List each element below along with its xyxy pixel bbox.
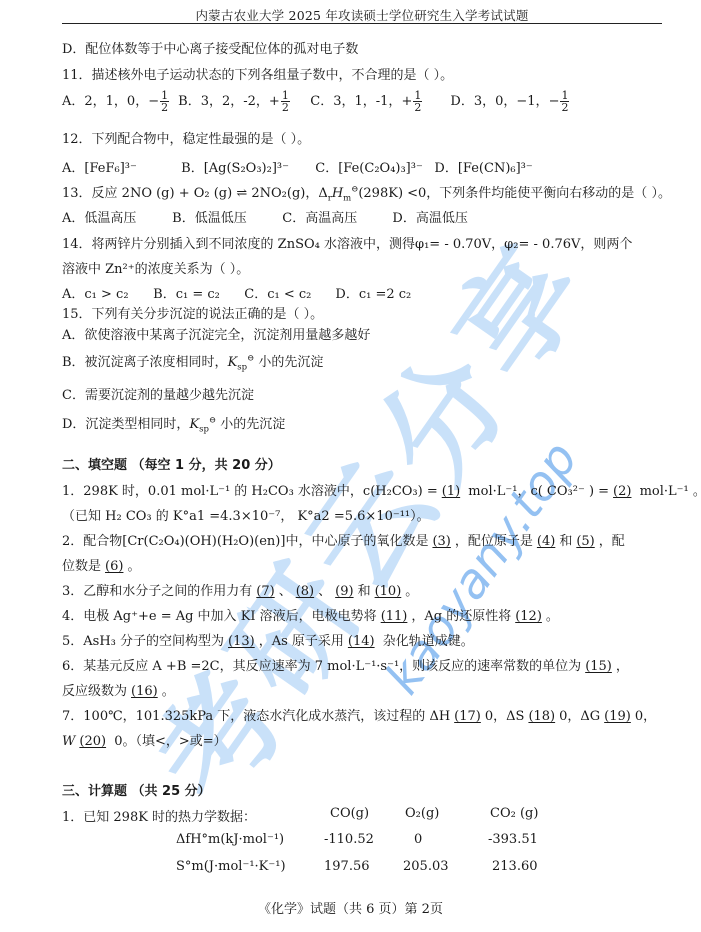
q12-option-b: B．[Ag(S₂O₃)₂]³⁻ [181, 157, 311, 176]
cell-entropy-co2: 213.60 [492, 859, 538, 874]
row-label-entropy: S°m(J·mol⁻¹·K⁻¹) [176, 859, 286, 874]
q13-option-d: D．高温低压 [392, 207, 467, 226]
q12-option-d: D．[Fe(CN)₆]³⁻ [434, 157, 532, 176]
s2-q4: 4．电极 Ag⁺+e = Ag 中加入 KI 溶液后，电极电势将(11)，Ag … [62, 605, 559, 624]
q12-stem: 12．下列配合物中，稳定性最强的是（ ）。 [62, 128, 310, 147]
q14-stem-line1: 14．将两锌片分别插入到不同浓度的 ZnSO₄ 水溶液中，测得φ₁= - 0.7… [62, 233, 632, 252]
blank-18[interactable]: (18) [524, 709, 559, 724]
q11-option-a: A．2，1，0，−12 [62, 90, 174, 113]
q13-option-a: A．低温高压 [62, 207, 168, 226]
cell-entropy-o2: 205.03 [403, 859, 449, 874]
q12-option-c: C．[Fe(C₂O₄)₃]³⁻ [315, 157, 430, 176]
q11-option-b: B．3，2，-2，+12 [178, 90, 306, 113]
q11-options: A．2，1，0，−12 B．3，2，-2，+12 C．3，1，-1，+12 D．… [62, 90, 569, 113]
thermo-table-row-entropy: S°m(J·mol⁻¹·K⁻¹) 197.56 205.03 213.60 [0, 859, 701, 877]
q10-option-d: D．配位体数等于中心离子接受配位体的孤对电子数 [62, 38, 358, 57]
page-header: 内蒙古农业大学 2025 年攻读硕士学位研究生入学考试试题 [62, 6, 662, 24]
cell-enthalpy-co: -110.52 [324, 832, 374, 847]
s2-q3: 3．乙醇和水分子之间的作用力有(7)、(8)、(9)和(10)。 [62, 580, 418, 599]
s2-q6-line1: 6．某基元反应 A +B =2C，其反应速率为 7 mol·L⁻¹·s⁻¹，则该… [62, 655, 629, 674]
blank-4[interactable]: (4) [533, 534, 559, 549]
s2-q2-line2: 位数是(6)。 [62, 555, 140, 574]
blank-7[interactable]: (7) [252, 584, 278, 599]
s2-q2-line1: 2．配合物[Cr(C₂O₄)(OH)(H₂O)(en)]中，中心原子的氧化数是(… [62, 530, 625, 549]
blank-16[interactable]: (16) [127, 684, 162, 699]
s2-q5: 5．AsH₃ 分子的空间构型为(13)，As 原子采用(14) 杂化轨道成键。 [62, 630, 474, 649]
blank-1[interactable]: (1) [438, 484, 464, 499]
q13-option-b: B．低温低压 [172, 207, 278, 226]
blank-3[interactable]: (3) [428, 534, 454, 549]
q14-option-c: C．c₁ < c₂ [244, 283, 331, 302]
cell-enthalpy-o2: 0 [414, 832, 422, 847]
header-divider [62, 23, 662, 24]
s2-q6-line2: 反应级数为(16)。 [62, 680, 175, 699]
s2-q7-line2: W(20) 0。（填<，>或=） [62, 730, 227, 749]
q15-option-b: B．被沉淀离子浓度相同时，Ksp⊖ 小的先沉淀 [62, 351, 323, 373]
thermo-table-row-enthalpy: ΔfH°m(kJ·mol⁻¹) -110.52 0 -393.51 [0, 832, 701, 850]
q15-stem: 15．下列有关分步沉淀的说法正确的是（ ）。 [62, 303, 323, 322]
q15-option-c: C．需要沉淀剂的量越少越先沉淀 [62, 384, 254, 403]
row-label-enthalpy: ΔfH°m(kJ·mol⁻¹) [176, 832, 284, 847]
q13-option-c: C．高温高压 [282, 207, 388, 226]
q11-stem: 11．描述核外电子运动状态的下列各组量子数中，不合理的是（ ）。 [62, 64, 453, 83]
page-footer: 《化学》试题（共 6 页）第 2页 [0, 898, 701, 917]
blank-13[interactable]: (13) [224, 634, 259, 649]
thermo-table-header: CO(g) O₂(g) CO₂ (g) [0, 806, 701, 824]
q14-option-b: B．c₁ = c₂ [153, 283, 240, 302]
blank-9[interactable]: (9) [331, 584, 357, 599]
blank-6[interactable]: (6) [101, 559, 127, 574]
q13-stem: 13．反应 2NO (g) + O₂ (g) ⇌ 2NO₂(g)，ΔrHm⊖(2… [62, 182, 671, 204]
q14-option-d: D．c₁ =2 c₂ [335, 283, 411, 302]
blank-10[interactable]: (10) [371, 584, 406, 599]
q13-options: A．低温高压 B．低温低压 C．高温高压 D．高温低压 [62, 207, 468, 226]
q12-option-a: A．[FeF₆]³⁻ [62, 157, 177, 176]
col-co: CO(g) [330, 806, 369, 821]
s2-q1-line2: （已知 H₂ CO₃ 的 K°a1 =4.3×10⁻⁷， K°a2 =5.6×1… [62, 505, 430, 524]
q11-option-d: D．3，0，−1，−12 [450, 90, 569, 113]
q14-stem-line2: 溶液中 Zn²⁺的浓度关系为（ ）。 [62, 258, 249, 277]
cell-entropy-co: 197.56 [324, 859, 370, 874]
s2-q1-line1: 1．298K 时，0.01 mol·L⁻¹ 的 H₂CO₃ 水溶液中，c(H₂C… [62, 480, 701, 499]
blank-17[interactable]: (17) [450, 709, 485, 724]
col-o2: O₂(g) [405, 806, 439, 821]
q11-option-c: C．3，1，-1，+12 [310, 90, 446, 113]
col-co2: CO₂ (g) [490, 806, 538, 821]
blank-20[interactable]: (20) [75, 734, 110, 749]
section3-title: 三、计算题 （共 25 分） [62, 780, 211, 799]
blank-19[interactable]: (19) [600, 709, 635, 724]
blank-11[interactable]: (11) [377, 609, 412, 624]
blank-2[interactable]: (2) [609, 484, 635, 499]
exam-page: 考研云分享 kaoyany.top 内蒙古农业大学 2025 年攻读硕士学位研究… [0, 0, 701, 932]
q14-options: A．c₁ > c₂ B．c₁ = c₂ C．c₁ < c₂ D．c₁ =2 c₂ [62, 283, 411, 302]
blank-8[interactable]: (8) [292, 584, 318, 599]
q14-option-a: A．c₁ > c₂ [62, 283, 149, 302]
section2-title: 二、填空题 （每空 1 分，共 20 分） [62, 454, 281, 473]
q15-option-a: A．欲使溶液中某离子沉淀完全，沉淀剂用量越多越好 [62, 324, 370, 343]
blank-5[interactable]: (5) [572, 534, 598, 549]
s2-q7-line1: 7．100℃，101.325kPa 下，液态水汽化成水蒸汽，该过程的 ΔH(17… [62, 705, 656, 724]
q12-options: A．[FeF₆]³⁻ B．[Ag(S₂O₃)₂]³⁻ C．[Fe(C₂O₄)₃]… [62, 157, 533, 176]
blank-14[interactable]: (14) [344, 634, 379, 649]
blank-15[interactable]: (15) [581, 659, 616, 674]
cell-enthalpy-co2: -393.51 [488, 832, 538, 847]
blank-12[interactable]: (12) [511, 609, 546, 624]
q15-option-d: D．沉淀类型相同时，Ksp⊖ 小的先沉淀 [62, 413, 285, 435]
